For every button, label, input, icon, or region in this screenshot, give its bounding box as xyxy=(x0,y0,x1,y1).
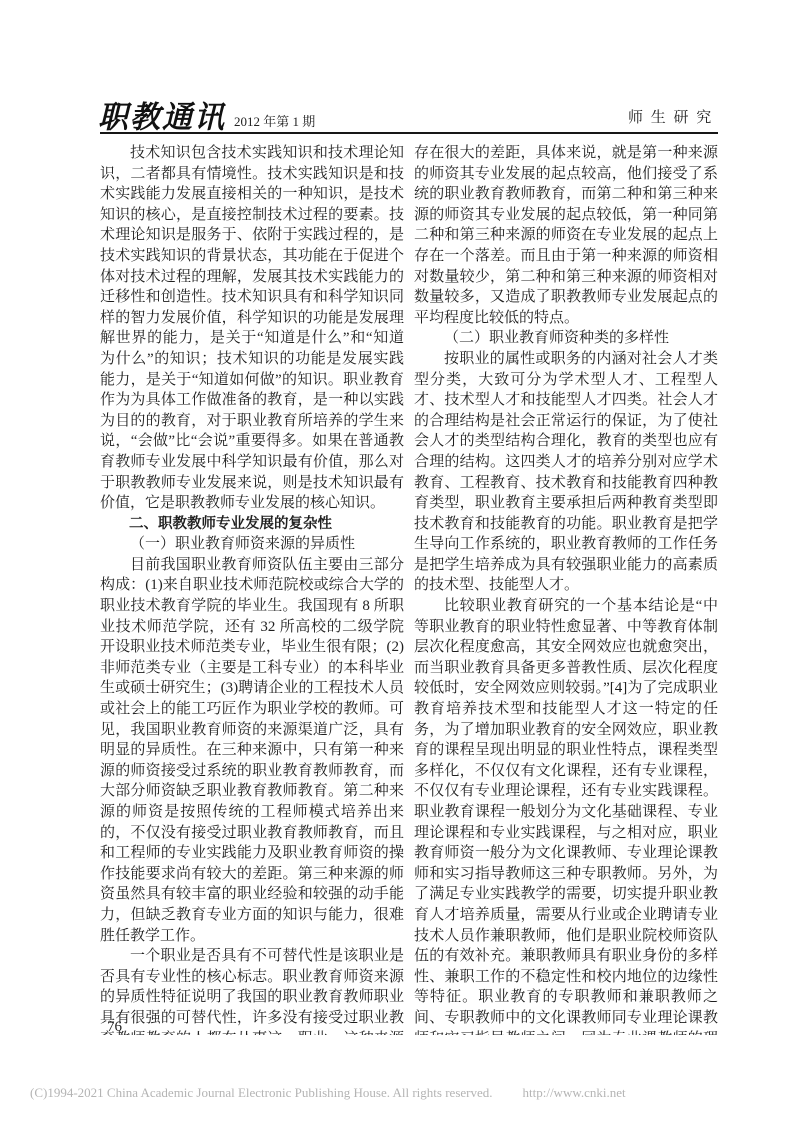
footer-copyright: (C)1994-2021 China Academic Journal Elec… xyxy=(30,1085,493,1100)
paragraph: 比较职业教育研究的一个基本结论是“中等职业教育的职业特性愈显著、中等教育体制层次… xyxy=(414,596,718,1035)
section-heading: （二）职业教育师资种类的多样性 xyxy=(414,328,718,349)
paragraph: 技术知识包含技术实践知识和技术理论知识，二者都具有情境性。技术实践知识是和技术实… xyxy=(100,143,404,514)
footer: (C)1994-2021 China Academic Journal Elec… xyxy=(30,1085,626,1101)
article-body: 技术知识包含技术实践知识和技术理论知识，二者都具有情境性。技术实践知识是和技术实… xyxy=(100,143,718,1035)
journal-issue: 2012 年第 1 期 xyxy=(234,111,315,130)
header-rule xyxy=(100,132,718,134)
section-title: 师 生 研 究 xyxy=(628,106,713,127)
paragraph: 按职业的属性或职务的内涵对社会人才类型分类，大致可分为学术型人才、工程型人才、技… xyxy=(414,349,718,596)
right-column: 存在很大的差距，具体来说，就是第一种来源的师资其专业发展的起点较高，他们接受了系… xyxy=(414,143,718,1035)
paragraph: 目前我国职业教育师资队伍主要由三部分构成：(1)来自职业技术师范院校或综合大学的… xyxy=(100,555,404,946)
footer-url: http://www.cnki.net xyxy=(523,1085,626,1100)
journal-page: 职教通讯 2012 年第 1 期 师 生 研 究 技术知识包含技术实践知识和技术… xyxy=(0,0,800,1127)
paragraph: 一个职业是否具有不可替代性是该职业是否具有专业性的核心标志。职业教育师资来源的异… xyxy=(100,946,404,1035)
journal-logo: 职教通讯 xyxy=(98,92,226,137)
section-heading: （一）职业教育师资来源的异质性 xyxy=(100,534,404,555)
section-heading: 二、职教教师专业发展的复杂性 xyxy=(100,514,404,535)
paragraph: 存在很大的差距，具体来说，就是第一种来源的师资其专业发展的起点较高，他们接受了系… xyxy=(414,143,718,328)
page-number: 76 xyxy=(107,1019,122,1036)
left-column: 技术知识包含技术实践知识和技术理论知识，二者都具有情境性。技术实践知识是和技术实… xyxy=(100,143,404,1035)
